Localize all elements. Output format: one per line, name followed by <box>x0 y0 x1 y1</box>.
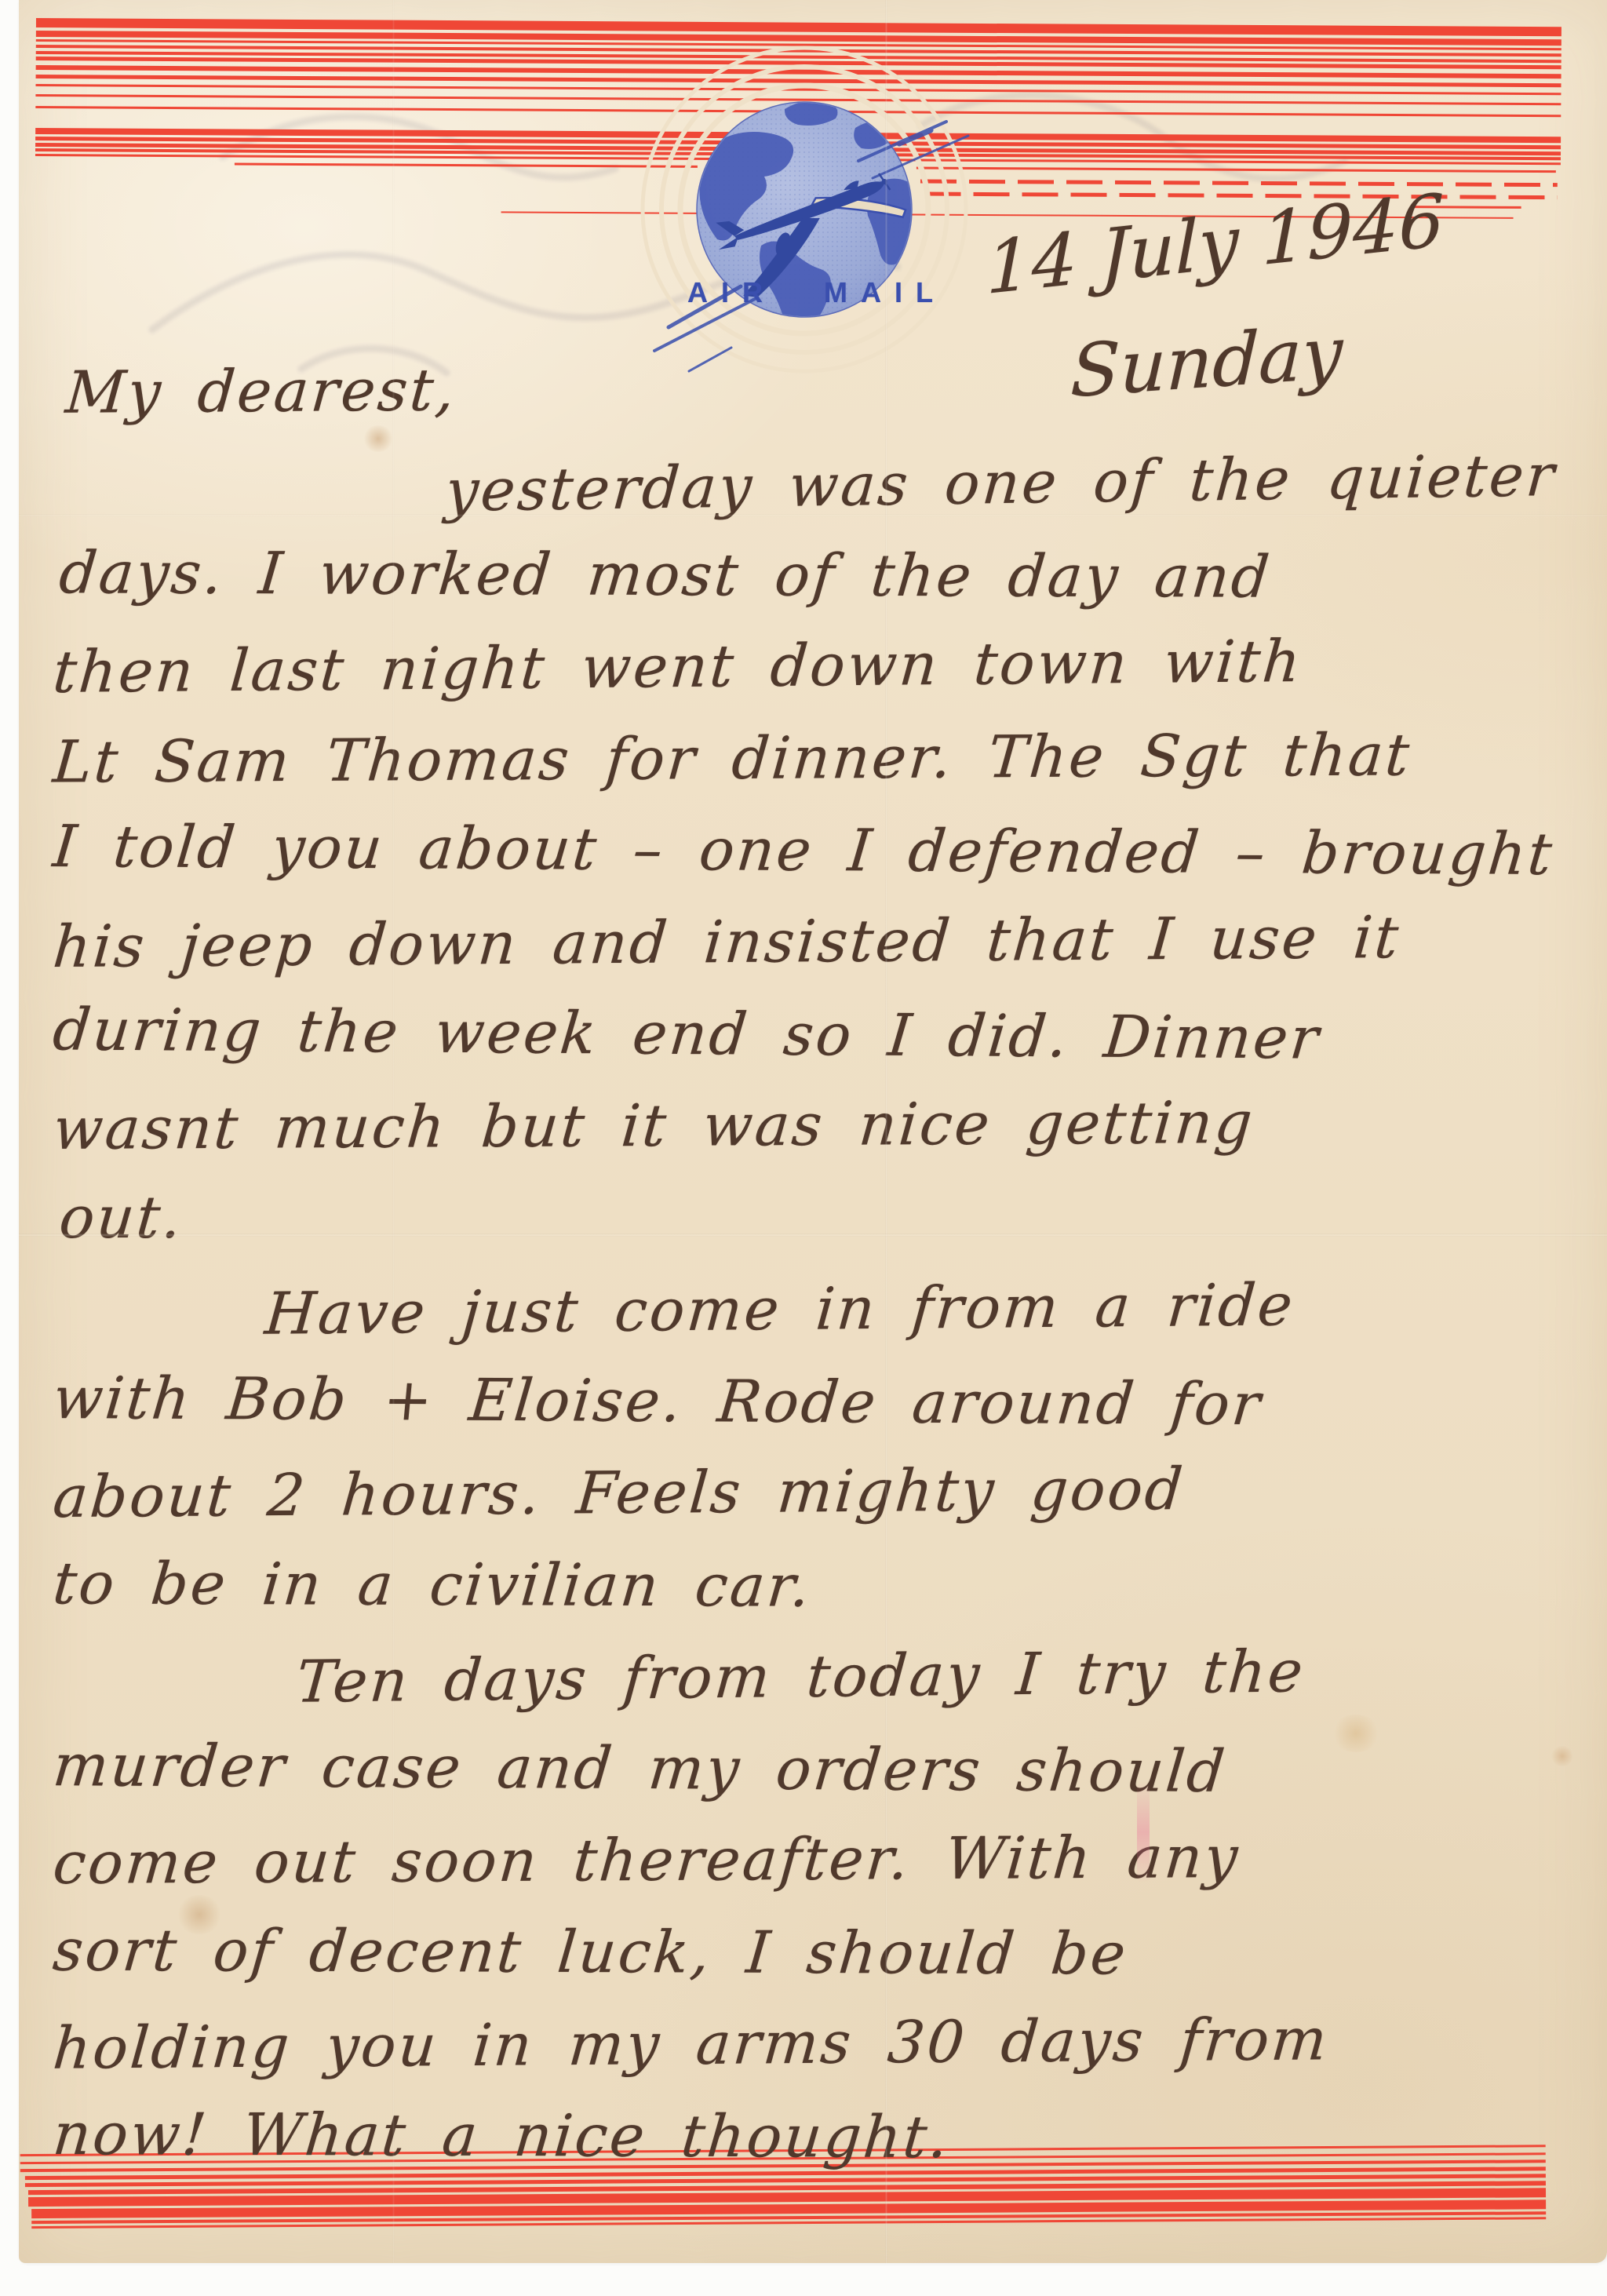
handwritten-line: wasnt much but it was nice getting <box>51 1094 1256 1158</box>
handwritten-line: his jeep down and insisted that I use it <box>51 909 1403 976</box>
paper-stain <box>363 425 394 452</box>
handwritten-line: about 2 hours. Feels mighty good <box>51 1460 1187 1526</box>
handwritten-line: come out soon thereafter. With any <box>51 1828 1242 1893</box>
handwritten-line: yesterday was one of the quieter <box>443 446 1558 520</box>
handwritten-line: Lt Sam Thomas for dinner. The Sgt that <box>51 726 1414 791</box>
airmail-globe-logo <box>623 27 992 388</box>
handwritten-line: with Bob + Eloise. Rode around for <box>51 1369 1265 1434</box>
fold-crease-vertical <box>392 0 395 2263</box>
fold-crease-horizontal <box>19 1234 1607 1237</box>
paper-stain <box>176 1895 223 1934</box>
handwritten-line: to be in a civilian car. <box>51 1554 814 1615</box>
handwritten-line: I told you about – one I defended – brou… <box>51 818 1557 884</box>
handwritten-line: now! What a nice thought. <box>51 2105 953 2167</box>
paper-stain <box>1551 1746 1574 1766</box>
handwritten-line: murder case and my orders should <box>51 1737 1230 1801</box>
handwritten-line: during the week end so I did. Dinner <box>51 1000 1324 1067</box>
handwritten-line: out. <box>57 1189 186 1247</box>
scanned-letter-page: { "letterhead": { "airmail_label": "AIR … <box>0 0 1607 2296</box>
handwritten-line: Have just come in from a ride <box>263 1276 1297 1343</box>
fold-crease-horizontal <box>19 514 1607 517</box>
handwritten-line: days. I worked most of the day and <box>57 544 1274 606</box>
handwritten-line: then last night went down town with <box>51 632 1305 702</box>
handwritten-line: My dearest, <box>64 361 459 422</box>
handwritten-line: holding you in my arms 30 days from <box>51 2010 1331 2077</box>
paper-stain <box>1137 1781 1150 1883</box>
paper-stain <box>1331 1715 1381 1752</box>
letter-paper: AIR MAIL 14 July 1946 Sunday My dearest,… <box>19 0 1607 2263</box>
handwritten-line: Ten days from today I try the <box>294 1642 1307 1711</box>
fold-crease-vertical <box>885 0 887 2263</box>
airmail-label: AIR MAIL <box>687 276 946 309</box>
